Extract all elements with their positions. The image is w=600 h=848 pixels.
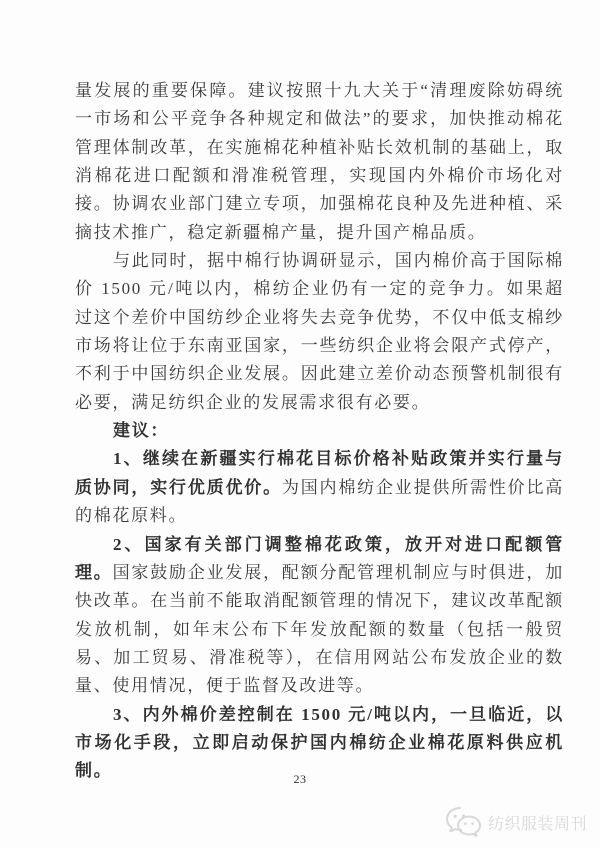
paragraph-text: 量发展的重要保障。建议按照十九大关于“清理废除妨碍统一市场和公平竞争各种规定和做…	[75, 81, 564, 242]
page-number: 23	[0, 772, 600, 787]
watermark: 纺织服装周刊	[445, 806, 587, 838]
paragraph-continuation: 量发展的重要保障。建议按照十九大关于“清理废除妨碍统一市场和公平竞争各种规定和做…	[75, 77, 564, 247]
watermark-label: 纺织服装周刊	[488, 811, 587, 834]
paragraph-suggestion-2: 2、国家有关部门调整棉花政策，放开对进口配额管理。国家鼓励企业发展，配额分配管理…	[75, 531, 564, 701]
suggestions-heading-text: 建议：	[113, 421, 169, 440]
paragraph-text: 与此同时，据中棉行协调研显示，国内棉价高于国际棉价 1500 元/吨以内，棉纺企…	[75, 251, 564, 412]
suggestion-2-body-text: 国家鼓励企业发展，配额分配管理机制应与时俱进，加快改革。在当前不能取消配额管理的…	[75, 563, 564, 695]
suggestion-3-text: 3、内外棉价差控制在 1500 元/吨以内，一旦临近，以市场化手段，立即启动保护…	[75, 705, 564, 781]
paragraph-price-gap: 与此同时，据中棉行协调研显示，国内棉价高于国际棉价 1500 元/吨以内，棉纺企…	[75, 247, 564, 417]
document-page: 量发展的重要保障。建议按照十九大关于“清理废除妨碍统一市场和公平竞争各种规定和做…	[0, 0, 600, 848]
wechat-icon	[445, 806, 483, 838]
paragraph-suggestions-heading: 建议：	[75, 417, 564, 445]
paragraph-suggestion-1: 1、继续在新疆实行棉花目标价格补贴政策并实行量与质协同，实行优质优价。为国内棉纺…	[75, 445, 564, 530]
document-body: 量发展的重要保障。建议按照十九大关于“清理废除妨碍统一市场和公平竞争各种规定和做…	[75, 77, 564, 786]
